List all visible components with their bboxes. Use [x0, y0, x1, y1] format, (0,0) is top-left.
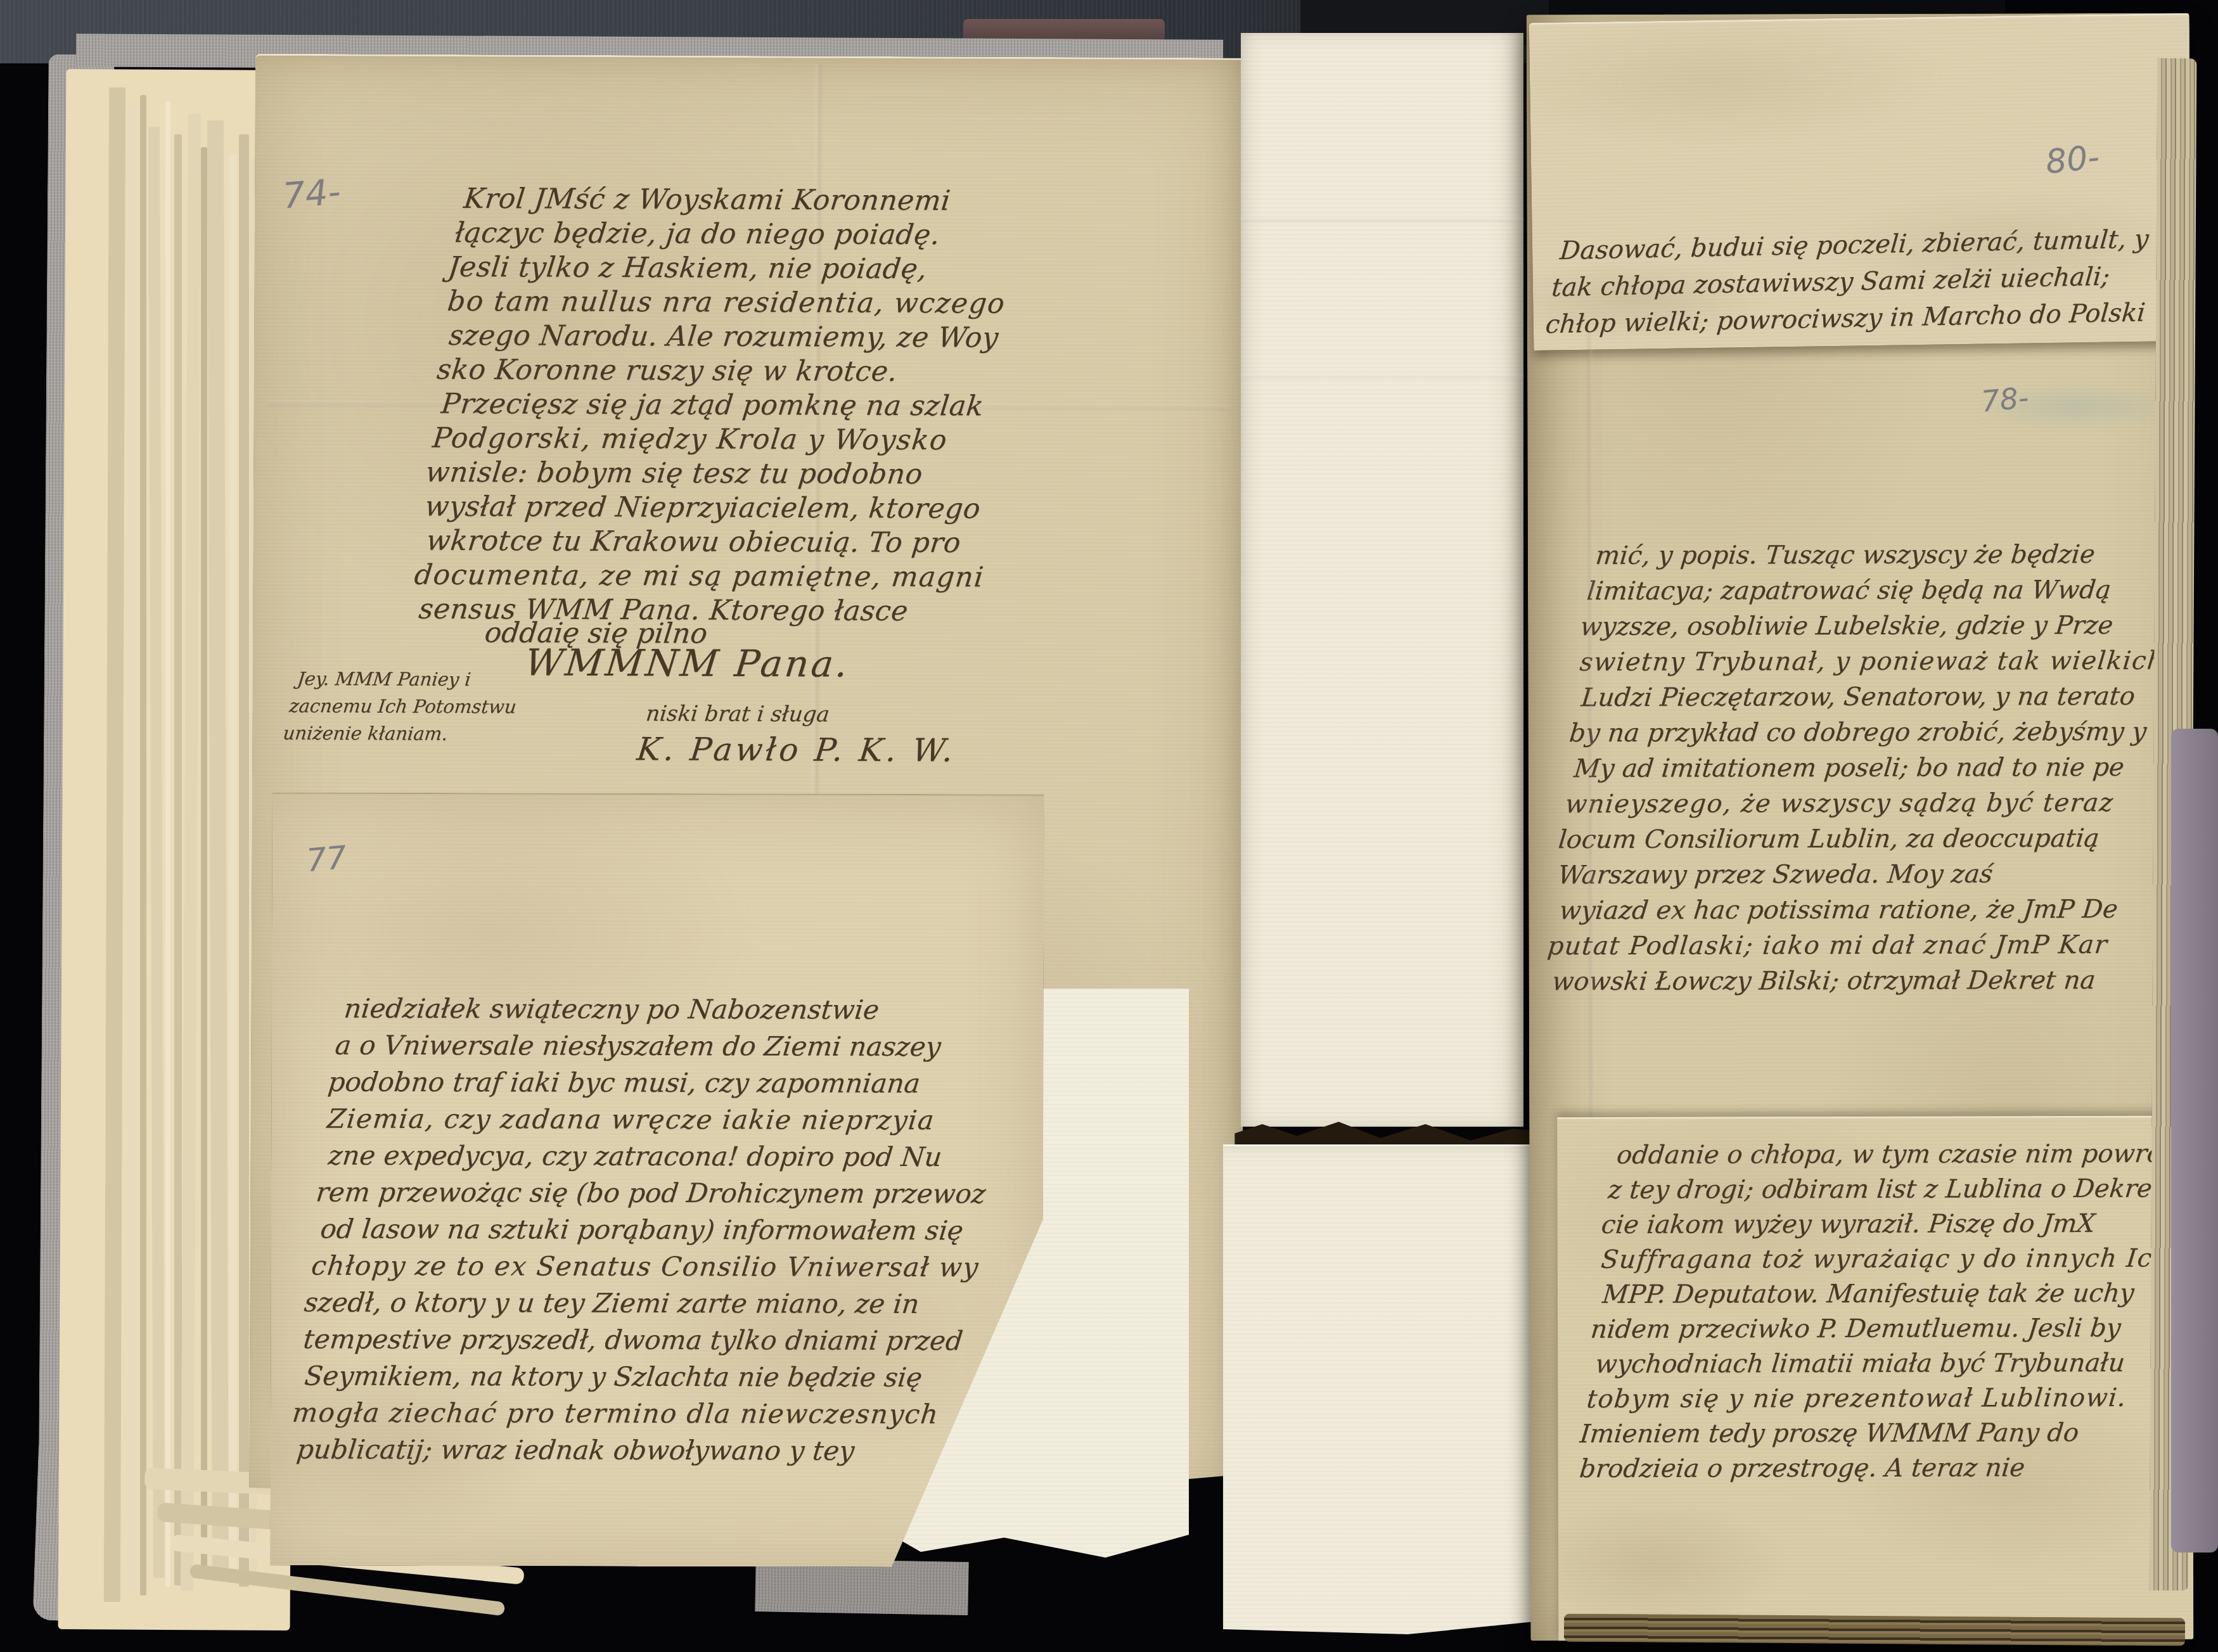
manuscript-line: wyiazd ex hac potissima ratione, że JmP … [1558, 892, 2190, 929]
page-edge-strip [229, 153, 236, 1573]
handwriting-block-78-upper: mić, y popis. Tusząc wszyscy że będzieli… [1545, 536, 2193, 999]
manuscript-line: rem przewożąc się (bo pod Drohiczynem pr… [314, 1174, 1044, 1213]
manuscript-line: Warszawy przez Szweda. Moy zaś [1556, 856, 2194, 893]
manuscript-line: Ludzi Pieczętarzow, Senatorow, y na tera… [1579, 679, 2193, 716]
page-edge-strip [165, 101, 170, 1587]
manuscript-line: niski brat i sługa [644, 696, 961, 733]
page-edge-strip [174, 134, 182, 1585]
manuscript-line: niedziałek swiąteczny po Nabozenstwie [342, 990, 1063, 1029]
manuscript-line: mić, y popis. Tusząc wszyscy że będzie [1594, 536, 2193, 573]
manuscript-line: podobno traf iaki byc musi, czy zapomnia… [326, 1064, 1056, 1103]
signature-block: niski brat i sługaK. Pawło P. K. W. [635, 696, 962, 768]
manuscript-line: wnieyszego, że wszyscy sądzą być teraz [1563, 785, 2193, 823]
manuscript-line: documenta, ze mi są pamiętne, magni [413, 558, 1186, 596]
manuscript-line: Jey. MMM Paniey i [296, 665, 521, 694]
letter-page-right: 80- Dasować, budui się poczeli, zbierać,… [1527, 13, 2194, 1641]
manuscript-line: bo tam nullus nra residentia, wczego [446, 285, 1216, 322]
archival-manuscript-photo: 74- Krol JMść z Woyskami Koronnemiłączyc… [0, 0, 2218, 1652]
manuscript-line: tobym się y nie prezentował Lublinowi. [1585, 1381, 2193, 1418]
manuscript-line: szego Narodu. Ale rozumiemy, ze Woy [447, 319, 1212, 356]
folio-number-77: 77 [305, 839, 348, 879]
fold-crease [1241, 218, 1523, 221]
page-edge-strip [140, 95, 146, 1596]
manuscript-line: by na przykład co dobrego zrobić, żebyśm… [1568, 714, 2194, 752]
manuscript-line: mogła ziechać pro termino dla niewczesny… [290, 1395, 1020, 1433]
manuscript-line: Imieniem tedy proszę WMMM Pany do [1578, 1416, 2193, 1452]
manuscript-line: tempestive przyszedł, dwoma tylko dniami… [302, 1321, 1028, 1360]
manuscript-line: nidem przeciwko P. Demutluemu. Jesli by [1589, 1311, 2193, 1348]
manuscript-line: wyzsze, osobliwie Lubelskie, gdzie y Prz… [1579, 608, 2194, 645]
manuscript-line: wychodniach limatii miała być Trybunału [1594, 1346, 2194, 1383]
fold-crease [1241, 375, 1523, 378]
manuscript-line: Ziemia, czy zadana wręcze iakie nieprzyi… [325, 1101, 1051, 1139]
letter-page-folio-77: 77 niedziałek swiąteczny po Nabozenstwie… [270, 792, 1044, 1567]
letter-page-folio-80: 80- Dasować, budui się poczeli, zbierać,… [1529, 13, 2194, 350]
manuscript-line: wkrotce tu Krakowu obiecuią. To pro [425, 524, 1190, 561]
handwriting-block-80: Dasować, budui się poczeli, zbierać, tum… [1547, 220, 2193, 343]
manuscript-line: Jesli tylko z Haskiem, nie poiadę, [446, 250, 1220, 288]
manuscript-line: swietny Trybunał, y ponieważ tak wielkic… [1578, 643, 2193, 681]
manuscript-line: a o Vniwersale niesłyszałem do Ziemi nas… [333, 1027, 1060, 1066]
manuscript-line: łączyc będzie, ja do niego poiadę. [453, 216, 1224, 253]
handwriting-block-78-lower: oddanie o chłopa, w tym czasie nim powro… [1578, 1137, 2194, 1487]
manuscript-line: z tey drogi; odbiram list z Lublina o De… [1606, 1172, 2193, 1208]
manuscript-line: od lasow na sztuki porąbany) informowałe… [319, 1211, 1040, 1250]
blank-interleaf-lower [1223, 1144, 1559, 1649]
handwriting-block-77: niedziałek swiąteczny po Nabozenstwiea o… [290, 990, 1063, 1470]
manuscript-line: putat Podlaski; iako mi dał znać JmP Kar [1546, 927, 2186, 964]
manuscript-line: wowski Łowczy Bilski; otrzymał Dekret na [1550, 963, 2183, 1000]
manuscript-line: zne expedycya, czy zatracona! dopiro pod… [326, 1137, 1048, 1176]
manuscript-line: wysłał przed Nieprzyiacielem, ktorego [423, 490, 1194, 527]
folio-number-80: 80- [2044, 138, 2101, 181]
page-edge-strip [127, 106, 136, 1589]
manuscript-line: My ad imitationem poseli; bo nad to nie … [1572, 750, 2193, 787]
blank-interleaf-upper [1241, 33, 1523, 1127]
manuscript-line: Seymikiem, na ktory y Szlachta nie będzi… [303, 1358, 1024, 1397]
manuscript-line: limitacya; zapatrować się będą na Wwdą [1586, 572, 2194, 610]
binding-fabric-edge [2171, 729, 2218, 1553]
manuscript-line: Przecięsz się ja ztąd pomknę na szlak [440, 387, 1205, 425]
letter-page-lower-right: oddanie o chłopa, w tym czasie nim powro… [1557, 1116, 2193, 1641]
manuscript-line: Podgorski, między Krola y Woysko [431, 421, 1202, 459]
bottom-page-stack-edge [1564, 1614, 2185, 1646]
manuscript-line: szedł, o ktory y u tey Ziemi zarte miano… [302, 1284, 1032, 1323]
page-edge-strip [239, 134, 249, 1587]
postscript-block: Jey. MMM Paniey izacnemu Ich Potomstwuun… [285, 665, 520, 748]
folio-number-74: 74- [281, 171, 343, 217]
page-edge-strip [201, 147, 207, 1576]
manuscript-line: cie iakom wyżey wyraził. Piszę do JmX [1599, 1207, 2193, 1243]
manuscript-line: wnisle: bobym się tesz tu podobno [424, 456, 1198, 493]
manuscript-line: chłopy ze to ex Senatus Consilio Vniwers… [309, 1248, 1035, 1286]
manuscript-line: oddanie o chłopa, w tym czasie nim powro… [1615, 1137, 2194, 1174]
valediction-line: WMMNM Pana. [523, 641, 852, 685]
manuscript-line: publicatij; wraz iednak obwoływano y tey [295, 1431, 1016, 1470]
manuscript-line: zacnemu Ich Potomstwu [288, 693, 518, 721]
manuscript-line: Suffragana toż wyrażaiąc y do innych Ich [1599, 1241, 2194, 1278]
folio-number-78: 78- [1980, 380, 2030, 419]
manuscript-line: Krol JMść z Woyskami Koronnemi [462, 182, 1228, 219]
manuscript-line: MPP. Deputatow. Manifestuię tak że uchy [1601, 1276, 2193, 1313]
manuscript-line: sko Koronne ruszy się w krotce. [435, 353, 1209, 390]
manuscript-line: K. Pawło P. K. W. [635, 731, 958, 768]
manuscript-line: uniżenie kłaniam. [281, 720, 515, 748]
manuscript-line: brodzieia o przestrogę. A teraz nie [1578, 1450, 2190, 1487]
handwriting-block-74: Krol JMść z Woyskami Koronnemiłączyc będ… [412, 182, 1228, 630]
manuscript-line: locum Consiliorum Lublin, za deoccupatią [1556, 821, 2193, 858]
